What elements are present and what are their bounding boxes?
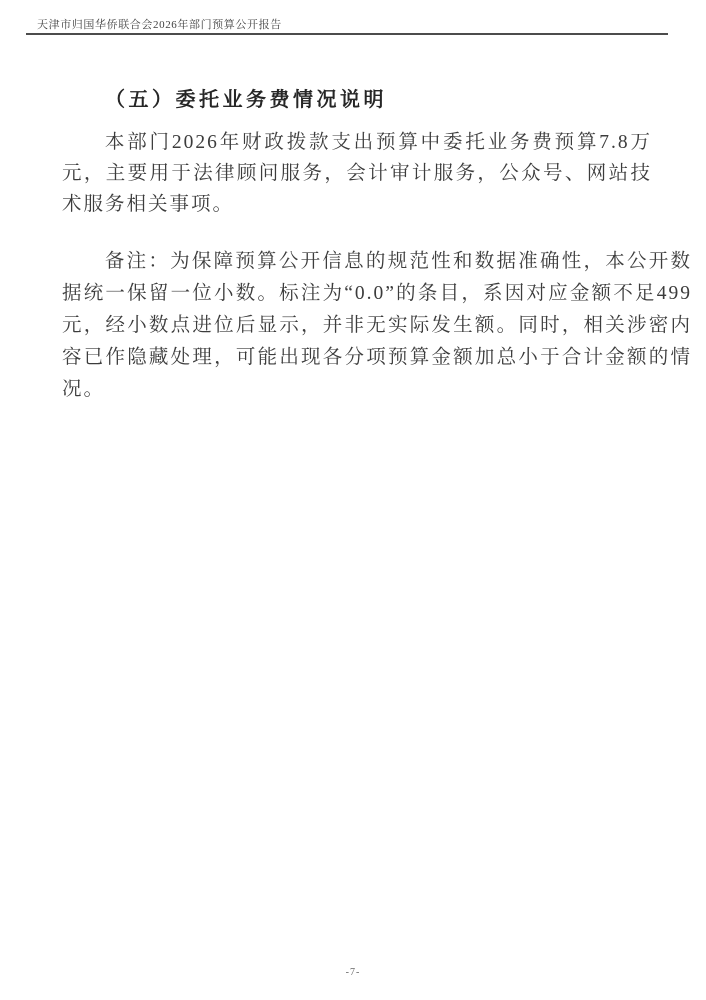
section-heading: （五）委托业务费情况说明 — [105, 83, 387, 112]
document-page: 天津市归国华侨联合会2026年部门预算公开报告 （五）委托业务费情况说明 本部门… — [0, 0, 706, 1000]
page-header-title: 天津市归国华侨联合会2026年部门预算公开报告 — [37, 16, 282, 32]
header-rule-divider — [26, 33, 668, 35]
budget-paragraph: 本部门2026年财政拨款支出预算中委托业务费预算7.8万元，主要用于法律顾问服务… — [62, 127, 652, 220]
note-paragraph: 备注：为保障预算公开信息的规范性和数据准确性，本公开数据统一保留一位小数。标注为… — [62, 246, 692, 406]
page-number: -7- — [0, 967, 706, 978]
